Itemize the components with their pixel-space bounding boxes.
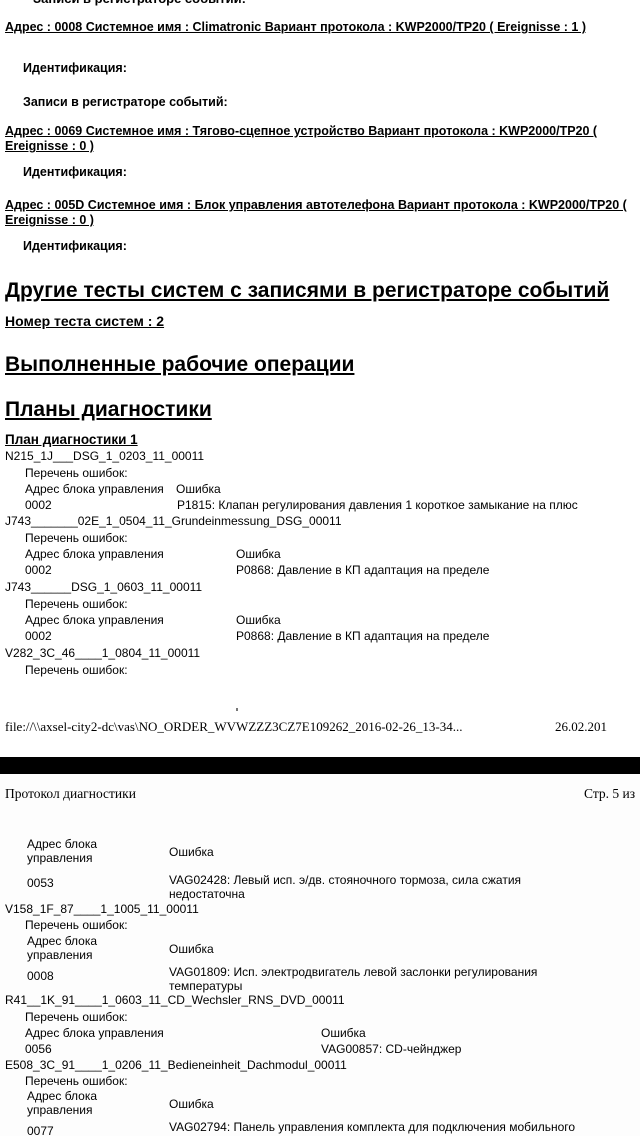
other-tests-heading: Другие тесты систем с записями в регистр… (5, 279, 609, 303)
diag-plans-heading: Планы диагностики (5, 398, 212, 422)
scan-speck (236, 708, 238, 711)
plan-item-name: V282_3C_46____1_0804_11_00011 (5, 646, 200, 660)
page-number: Стр. 5 из (584, 786, 635, 802)
col-address-header: Адрес блока управления (25, 1026, 164, 1040)
page-separator (0, 757, 640, 774)
error-text: P1815: Клапан регулирования давления 1 к… (177, 498, 578, 512)
error-text: P0868: Давление в КП адаптация на предел… (236, 629, 489, 643)
plan-item-name: J743______DSG_1_0603_11_00011 (5, 580, 202, 594)
error-text: VAG02794: Панель управления комплекта дл… (169, 1120, 575, 1134)
footer-date: 26.02.201 (555, 719, 607, 735)
col-address-header: Адрес блока управления (27, 837, 117, 865)
ecu-address: 0056 (25, 1042, 52, 1056)
plan-title: План диагностики 1 (5, 432, 138, 447)
ecu-address: 0077 (27, 1124, 54, 1136)
ecu-address: 0002 (25, 563, 52, 577)
error-text: VAG01809: Исп. электродвигатель левой за… (169, 965, 589, 993)
identification-label: Идентификация: (23, 165, 127, 179)
ecu-address: 0002 (25, 498, 52, 512)
errors-list-label: Перечень ошибок: (25, 1010, 128, 1024)
col-address-header: Адрес блока управления (27, 934, 117, 962)
col-error-header: Ошибка (321, 1026, 366, 1040)
col-error-header: Ошибка (236, 547, 281, 561)
plan-item-name: J743_______02E_1_0504_11_Grundeinmessung… (5, 514, 342, 528)
ecu-address: 0053 (27, 876, 54, 890)
error-text: VAG02428: Левый исп. э/дв. стояночного т… (169, 873, 589, 901)
col-address-header: Адрес блока управления (25, 482, 164, 496)
col-address-header: Адрес блока управления (27, 1089, 117, 1117)
completed-ops-heading: Выполненные рабочие операции (5, 353, 354, 377)
ecu-address: 0002 (25, 629, 52, 643)
errors-list-label: Перечень ошибок: (25, 918, 128, 932)
errors-list-label: Перечень ошибок: (25, 663, 128, 677)
identification-label: Идентификация: (23, 239, 127, 253)
plan-item-name: R41__1K_91____1_0603_11_CD_Wechsler_RNS_… (5, 993, 345, 1007)
errors-list-label: Перечень ошибок: (25, 466, 128, 480)
col-address-header: Адрес блока управления (25, 613, 164, 627)
col-error-header: Ошибка (176, 482, 221, 496)
col-address-header: Адрес блока управления (25, 547, 164, 561)
system-header-0008: Адрес : 0008 Системное имя : Climatronic… (5, 20, 640, 35)
plan-item-name: N215_1J___DSG_1_0203_11_00011 (5, 449, 204, 463)
col-error-header: Ошибка (236, 613, 281, 627)
system-header-0069: Адрес : 0069 Системное имя : Тягово-сцеп… (5, 124, 640, 154)
system-header-005d: Адрес : 005D Системное имя : Блок управл… (5, 198, 640, 228)
identification-label: Идентификация: (23, 61, 127, 75)
ecu-address: 0008 (27, 969, 54, 983)
test-number: Номер теста систем : 2 (5, 313, 164, 329)
col-error-header: Ошибка (169, 1097, 214, 1111)
col-error-header: Ошибка (169, 942, 214, 956)
plan-item-name: V158_1F_87____1_1005_11_00011 (5, 902, 199, 916)
error-text: VAG00857: CD-чейнджер (321, 1042, 461, 1056)
event-records-label: Записи в регистраторе событий: (23, 95, 228, 109)
page-header-title: Протокол диагностики (5, 786, 136, 802)
errors-list-label: Перечень ошибок: (25, 1074, 128, 1088)
cut-off-heading: Записи в регистраторе событий: (33, 0, 246, 6)
errors-list-label: Перечень ошибок: (25, 597, 128, 611)
col-error-header: Ошибка (169, 845, 214, 859)
error-text: P0868: Давление в КП адаптация на предел… (236, 563, 489, 577)
errors-list-label: Перечень ошибок: (25, 531, 128, 545)
footer-file-url: file://\\axsel-city2-dc\vas\NO_ORDER_WVW… (5, 719, 462, 735)
plan-item-name: E508_3C_91____1_0206_11_Bedieneinheit_Da… (5, 1058, 347, 1072)
